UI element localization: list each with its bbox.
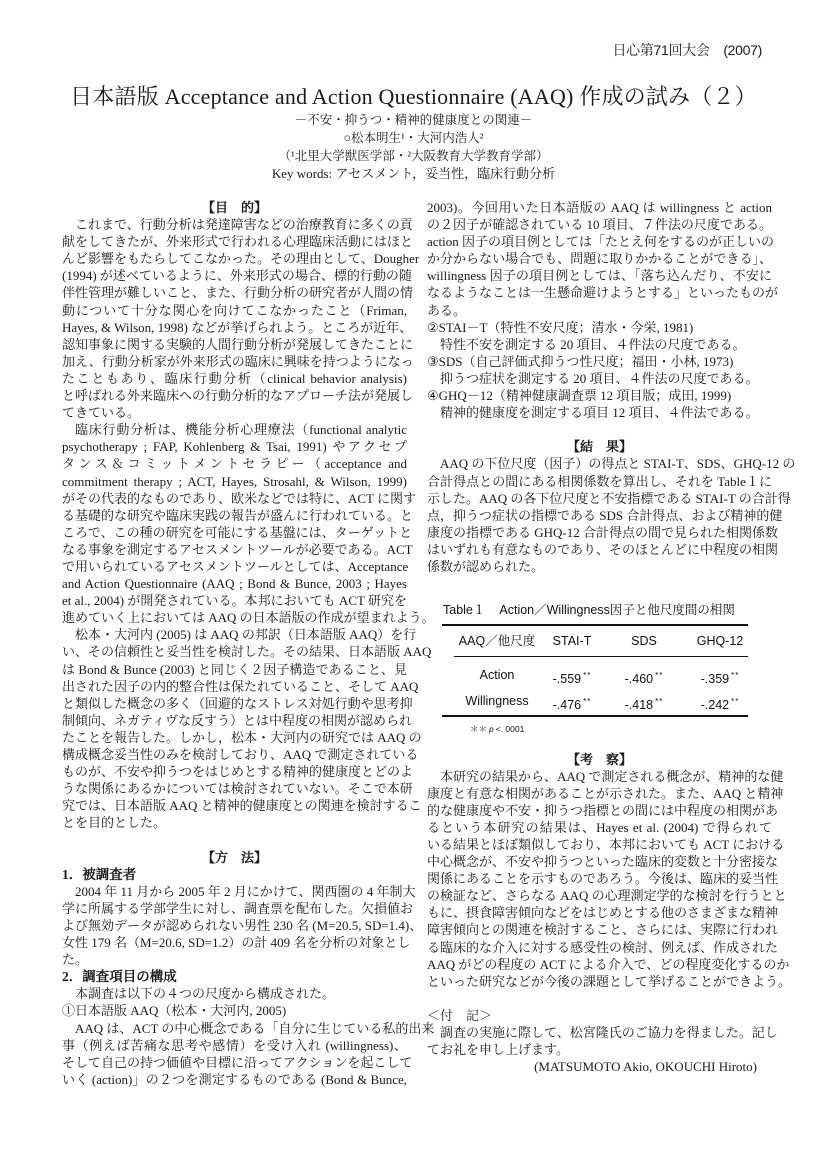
table-footnote: ＊＊p<. 0001 [470, 723, 524, 735]
results-paragraph: AAQ の下位尺度（因子）の得点と STAI-T、SDS、GHQ-12 の合計得… [427, 455, 772, 575]
text-line: 献をしてきたが、外来形式で行われる心理臨床活動にはほと [62, 233, 407, 250]
section-heading-method: 【方 法】 [62, 849, 407, 866]
blank-line [427, 421, 772, 438]
table-header-rule [454, 656, 748, 657]
affiliations: （¹北里大学獣医学部・²大阪教育大学教育学部） [0, 148, 827, 165]
participants-paragraph: 2004 年 11 月から 2005 年 2 月にかけて、関西圏の 4 年制大学… [62, 883, 407, 968]
text-line: and Action Questionnaire (AAQ ; Bond & B… [62, 575, 407, 592]
text-line: てきている。 [62, 404, 407, 421]
text-line: ものが、不安や抑うつをはじめとする精神的健康度とどのよ [62, 763, 407, 780]
table-cell: -.418** [612, 693, 676, 710]
section-heading-results: 【結 果】 [427, 438, 772, 455]
measures-intro: 本調査は以下の４つの尺度から構成された。 [62, 985, 407, 1002]
text-line: 2003)。今回用いた日本語版の AAQ は willingness と act… [427, 199, 772, 216]
authors: ○松本明生¹・大河内浩人² [0, 130, 827, 147]
keywords: Key words: アセスメント，妥当性，臨床行動分析 [0, 165, 827, 182]
table-header-cell: SDS [612, 633, 676, 650]
text-line: んど影響をもたらしてこなかった。その理由として、Dougher [62, 250, 407, 267]
footnote-p-symbol: p [489, 724, 494, 734]
scale-description-stai: 特性不安を測定する 20 項目、４件法の尺度である。 [427, 336, 772, 353]
text-line: か分からない場合でも、問題に取りかかることができる」、 [427, 250, 772, 267]
footnote-threshold: <. 0001 [496, 724, 525, 734]
significance-marker: ** [731, 671, 739, 680]
text-line: 的な健康度や不安・抑うつ指標との間には中程度の相関があ [427, 802, 772, 819]
text-line: といった研究などが今後の課題として挙げることができよう。 [427, 973, 772, 990]
scale-label-aaq: ①日本語版 AAQ（松本・大河内, 2005) [62, 1002, 407, 1019]
text-line: 本調査は以下の４つの尺度から構成された。 [62, 985, 407, 1002]
significance-marker: ** [583, 697, 591, 706]
text-line: commitment therapy ; ACT, Hayes, Strosah… [62, 473, 407, 490]
text-line: と呼ばれる外来臨床への行動分析的なアプローチ法が発展し [62, 387, 407, 404]
text-line: 康度の指標である GHQ-12 合計得点の間で見られた相関係数 [427, 524, 772, 541]
scale-label-stai: ②STAI－T（特性不安尺度；清水・今栄, 1981) [427, 319, 772, 336]
scale-label-ghq: ④GHQ－12（精神健康調査票 12 項目版；成田, 1999) [427, 387, 772, 404]
paper-title: 日本語版 Acceptance and Action Questionnaire… [0, 83, 827, 111]
text-line: の検証など、さらなる AAQ の心理測定学的な検討を行うとと [427, 887, 772, 904]
correlation-value: -.559 [553, 672, 582, 686]
text-line: る基礎的な研究や臨床実践の報告が盛んに行われている。と [62, 507, 407, 524]
text-line: た。 [62, 951, 407, 968]
text-line: 示した。AAQ の各下位尺度と不安指標である STAI-T の合計得 [427, 490, 772, 507]
scale-description-sds: 抑うつ症状を測定する 20 項目、４件法の尺度である。 [427, 370, 772, 387]
text-line: 康度と有意な相関があることが示された。また、AAQ と精神 [427, 785, 772, 802]
text-line: い、その信頼性と妥当性を検討した。その結果、日本語版 AAQ [62, 643, 407, 660]
text-line: タンス＆コミットメントセラピー（acceptance and [62, 455, 407, 472]
acknowledgment-paragraph: 調査の実施に際して、松宮隆氏のご協力を得ました。記してお礼を申し上げます。 [427, 1024, 772, 1058]
paper-page: 日心第71回大会 (2007) 日本語版 Acceptance and Acti… [0, 0, 827, 1170]
scale-description-aaq-part1: AAQ は、ACT の中心概念である「自分に生じている私的出来事（例えば苦痛な思… [62, 1020, 407, 1088]
correlation-value: -.460 [625, 672, 654, 686]
text-line: で用いられているアセスメントツールとしては、Acceptance [62, 558, 407, 575]
text-line: 精神的健康度を測定する項目 12 項目、４件法である。 [427, 404, 772, 421]
table-bottom-rule [442, 715, 748, 717]
text-line: 関係にあることを示すものであろう。今後は、臨床的妥当性 [427, 870, 772, 887]
blank-line [62, 831, 407, 848]
left-column: 【目 的】 これまで、行動分析は発達障害などの治療教育に多くの貢献をしてきたが、… [62, 199, 407, 1088]
text-line: AAQ がどの程度の ACT による介入で、どの程度変化するのか [427, 956, 772, 973]
subheading-participants: 1．被調査者 [62, 866, 407, 883]
text-line: 加え、行動分析家が外来形式の臨床に興味を持つようになっ [62, 353, 407, 370]
text-line: ある。 [427, 302, 772, 319]
significance-marker: ** [583, 671, 591, 680]
text-line: 合計得点との間にある相関係数を算出し、それを Table１に [427, 473, 772, 490]
text-line: 構成概念妥当性のみを検討しており、AAQ で測定されている [62, 746, 407, 763]
purpose-paragraph-3: 松本・大河内 (2005) は AAQ の邦訳（日本語版 AAQ）を行い、その信… [62, 626, 407, 831]
footnote-marker: ＊＊ [470, 724, 487, 734]
table-cell: -.242** [688, 693, 752, 710]
text-line: はいずれも有意なものであり、そのほとんどに中程度の相関 [427, 541, 772, 558]
purpose-paragraph-1: これまで、行動分析は発達障害などの治療教育に多くの貢献をしてきたが、外来形式で行… [62, 216, 407, 421]
table-title: Action／Willingness因子と他尺度間の相関 [499, 603, 734, 617]
text-line: なるようなことは一生懸命避けようとする」といったものが [427, 284, 772, 301]
text-line: 臨床行動分析は、機能分析心理療法（functional analytic [62, 421, 407, 438]
text-line: なる事象を測定するアセスメントツールが必要である。ACT [62, 541, 407, 558]
paper-subtitle: －不安・抑うつ・精神的健康度との関連－ [0, 112, 827, 129]
text-line: (1994) が述べているように、外来形式の場合、標的行動の随 [62, 267, 407, 284]
text-line: 学に所属する学部学生に対し、調査票を配布した。欠損値お [62, 900, 407, 917]
right-column-lower: 【考 察】 本研究の結果から、AAQ で測定される概念が、精神的な健康度と有意な… [427, 751, 772, 1076]
text-line: Hayes, & Wilson, 1998) などが挙げられよう。ところが近年、 [62, 319, 407, 336]
text-line: 認知事象に関する実験的人間行動分析が発展してきたことに [62, 336, 407, 353]
text-line: willingness 因子の項目例としては、「落ち込んだり、不安に [427, 267, 772, 284]
text-line: の２因子が確認されている 10 項目、７件法の尺度である。 [427, 216, 772, 233]
text-line: いく (action)」の２つを測定するものである (Bond & Bunce, [62, 1071, 407, 1088]
table-row-label: Willingness [447, 693, 547, 710]
text-line: 中心概念が、不安や抑うつといった臨床的変数と十分密接な [427, 853, 772, 870]
scale-description-aaq-part2: 2003)。今回用いた日本語版の AAQ は willingness と act… [427, 199, 772, 319]
text-line: et al., 2004) が開発されている。本邦においても ACT 研究を [62, 592, 407, 609]
table-row-label: Action [447, 667, 547, 684]
text-line: もに、摂食障害傾向などをはじめとする他のさまざまな精神 [427, 904, 772, 921]
text-line: 女性 179 名（M=20.6, SD=1.2）の計 409 名を分析の対象とし [62, 934, 407, 951]
text-line: と類似した概念の多く（回避的なストレス対処行動や思考抑 [62, 695, 407, 712]
section-heading-purpose: 【目 的】 [62, 199, 407, 216]
romanized-author-names: (MATSUMOTO Akio, OKOUCHI Hiroto) [427, 1058, 772, 1075]
text-line: 2004 年 11 月から 2005 年 2 月にかけて、関西圏の 4 年制大 [62, 883, 407, 900]
table-header-cell: STAI-T [540, 633, 604, 650]
text-line: る臨床的な介入に対する感受性の検討、例えば、作成された [427, 939, 772, 956]
text-line: action 因子の項目例としては「たとえ何をするのが正しいの [427, 233, 772, 250]
section-heading-discussion: 【考 察】 [427, 751, 772, 768]
text-line: psychotherapy ; FAP, Kohlenberg & Tsai, … [62, 438, 407, 455]
text-line: たこともあり、臨床行動分析（clinical behavior analysis… [62, 370, 407, 387]
text-line: 制傾向、ネガティヴな反すう）とは中程度の相関が認められ [62, 712, 407, 729]
blank-line [427, 990, 772, 1007]
table-number: Table１ [443, 603, 485, 617]
text-line: がその代表的なものであり、欧米などでは特に、ACT に関す [62, 490, 407, 507]
text-line: AAQ は、ACT の中心概念である「自分に生じている私的出来 [62, 1020, 407, 1037]
correlation-value: -.418 [625, 698, 654, 712]
purpose-paragraph-2: 臨床行動分析は、機能分析心理療法（functional analyticpsyc… [62, 421, 407, 626]
table-header-cell: GHQ-12 [688, 633, 752, 650]
text-line: ころで、この種の研究を可能にする基盤には、ターゲットと [62, 524, 407, 541]
table-cell: -.460** [612, 667, 676, 684]
significance-marker: ** [655, 671, 663, 680]
text-line: よび無効データが認められない男性 230 名 (M=20.5, SD=1.4)、 [62, 917, 407, 934]
text-line: いる結果とほぼ類似しており、本邦においても ACT における [427, 836, 772, 853]
text-line: 係数が認められた。 [427, 558, 772, 575]
text-line: るという本研究の結果は、Hayes et al. (2004) で得られて [427, 819, 772, 836]
text-line: 抑うつ症状を測定する 20 項目、４件法の尺度である。 [427, 370, 772, 387]
discussion-paragraph: 本研究の結果から、AAQ で測定される概念が、精神的な健康度と有意な相関があるこ… [427, 768, 772, 990]
text-line: 事（例えば苦痛な思考や感情）を受け入れ (willingness)、 [62, 1037, 407, 1054]
text-line: そして自己の持つ価値や目標に沿ってアクションを起こして [62, 1054, 407, 1071]
text-line: AAQ の下位尺度（因子）の得点と STAI-T、SDS、GHQ-12 の [427, 455, 772, 472]
subheading-measures: 2．調査項目の構成 [62, 968, 407, 985]
text-line: は Bond & Bunce (2003) と同じく２因子構造であること、見 [62, 661, 407, 678]
text-line: 障害傾向との関連を検討すること、さらには、実際に行われ [427, 921, 772, 938]
correlation-value: -.359 [701, 672, 730, 686]
text-line: 出された因子の内的整合性は保たれていること、そして AAQ [62, 678, 407, 695]
text-line: 伴性管理が難しいこと、また、行動分析の研究者が人間の情 [62, 284, 407, 301]
table-cell: -.359** [688, 667, 752, 684]
text-line: 松本・大河内 (2005) は AAQ の邦訳（日本語版 AAQ）を行 [62, 626, 407, 643]
text-line: 点，抑うつ症状の指標である SDS 合計得点、および精神的健 [427, 507, 772, 524]
text-line: 究では、日本語版 AAQ と精神的健康度との関連を検討するこ [62, 797, 407, 814]
right-column: 2003)。今回用いた日本語版の AAQ は willingness と act… [427, 199, 772, 575]
scale-description-ghq: 精神的健康度を測定する項目 12 項目、４件法である。 [427, 404, 772, 421]
text-line: これまで、行動分析は発達障害などの治療教育に多くの貢 [62, 216, 407, 233]
table-header-cell: AAQ／他尺度 [447, 633, 547, 650]
text-line: 本研究の結果から、AAQ で測定される概念が、精神的な健 [427, 768, 772, 785]
table-caption: Table１Action／Willingness因子と他尺度間の相関 [443, 602, 735, 618]
conference-label: 日心第71回大会 (2007) [612, 41, 762, 59]
text-line: 動について十分な関心を向けてこなかったこと（Friman, [62, 302, 407, 319]
text-line: 進めていく上においては AAQ の日本語版の作成が望まれよう。 [62, 609, 407, 626]
scale-label-sds: ③SDS（自己評価式抑うつ性尺度；福田・小林, 1973) [427, 353, 772, 370]
text-line: とを目的とした。 [62, 814, 407, 831]
significance-marker: ** [655, 697, 663, 706]
table-cell: -.559** [540, 667, 604, 684]
table-top-rule [442, 624, 748, 626]
text-line: 特性不安を測定する 20 項目、４件法の尺度である。 [427, 336, 772, 353]
text-line: 調査の実施に際して、松宮隆氏のご協力を得ました。記し [427, 1024, 772, 1041]
text-line: うな関係にあるかについては検討されていない。そこで本研 [62, 780, 407, 797]
acknowledgment-heading: ＜付 記＞ [427, 1007, 772, 1024]
table-cell: -.476** [540, 693, 604, 710]
keywords-list: アセスメント，妥当性，臨床行動分析 [335, 166, 555, 181]
keywords-label: Key words: [272, 166, 336, 181]
significance-marker: ** [731, 697, 739, 706]
text-line: たことを報告した。しかし，松本・大河内の研究では AAQ の [62, 729, 407, 746]
correlation-value: -.242 [701, 698, 730, 712]
text-line: てお礼を申し上げます。 [427, 1041, 772, 1058]
correlation-value: -.476 [553, 698, 582, 712]
